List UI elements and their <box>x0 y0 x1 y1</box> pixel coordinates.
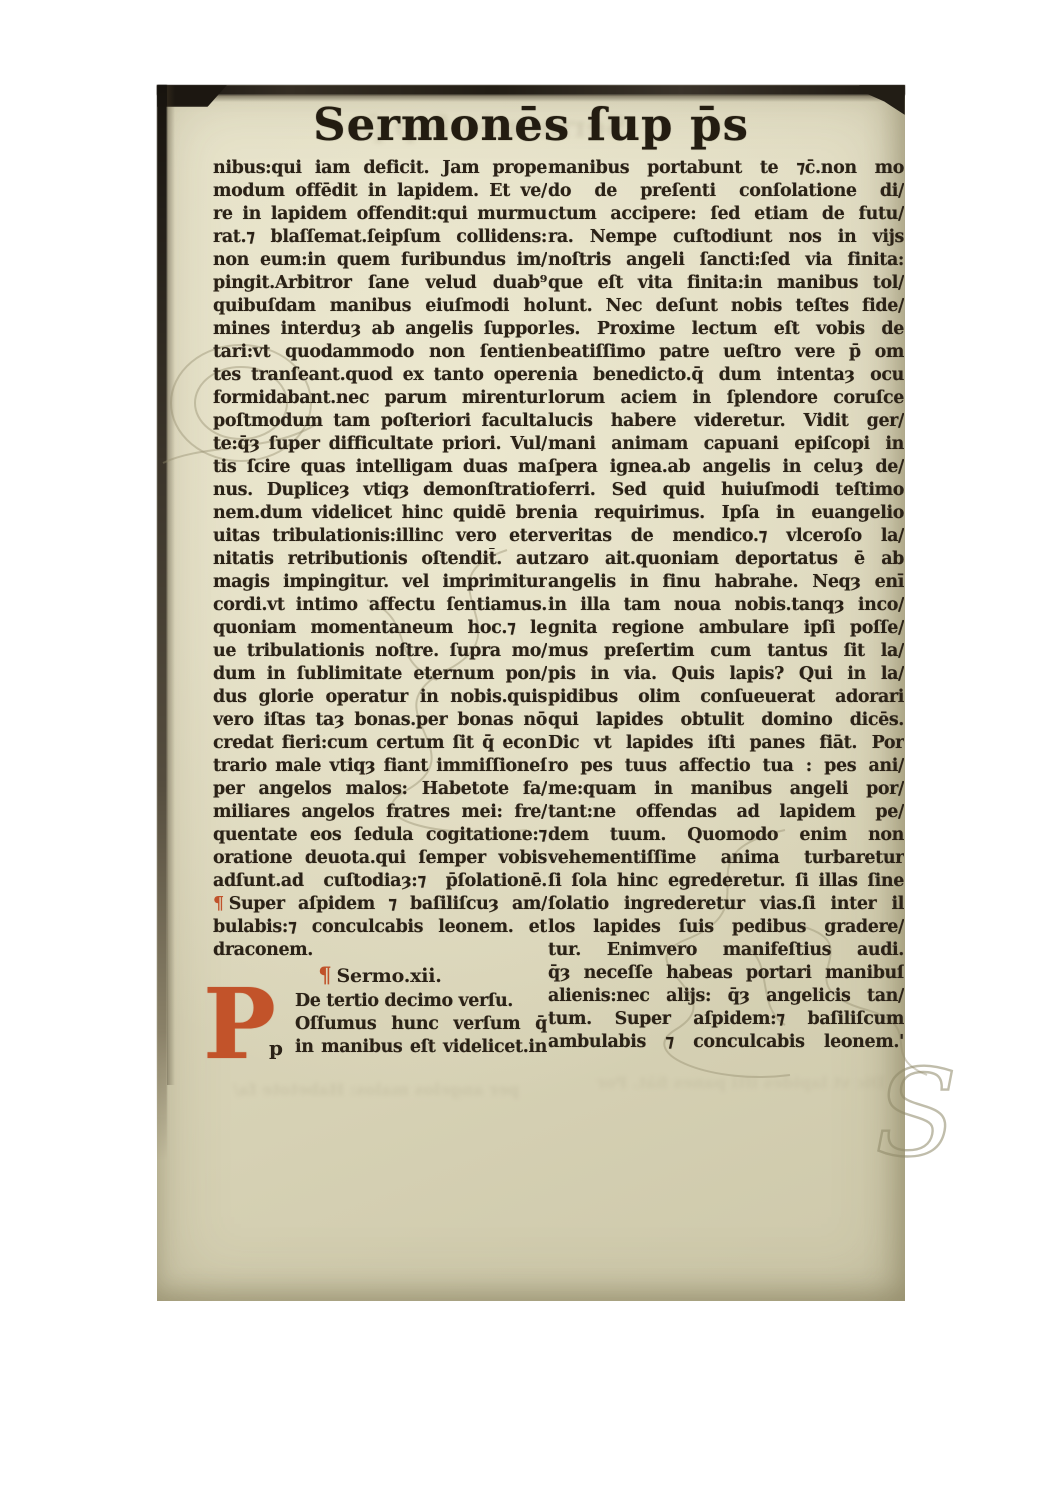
text-line: ctum accipere: ſed etiam de futu/ <box>548 203 904 226</box>
text-line: angelis in finu habrahe. Neqȝ enī <box>548 571 904 594</box>
text-line: tur. Enimvero manifeſtius audi. <box>548 939 904 962</box>
text-line: ferri. Sed quid huiuſmodi teſtimo <box>548 479 904 502</box>
text-line: bulabis:⁊ conculcabis leonem. et <box>213 916 547 939</box>
text-line: beatiſſimo patre ueſtro vere p̄ om <box>548 341 904 364</box>
text-line: les. Proxime lectum eſt vobis de <box>548 318 904 341</box>
text-line: dum in ſublimitate eternum pon/ <box>213 663 547 686</box>
text-line: tes tranſeant.quod ex tanto opere <box>213 364 547 387</box>
watermark-letter: S <box>875 1045 957 1175</box>
text-line: oratione deuota.qui ſemper vobis <box>213 847 547 870</box>
book-page: Sermonēs ſup p̄s per angelos malos: Habe… <box>157 85 905 1301</box>
text-line: nus. Dupliceȝ vtiqȝ demonſtratio <box>213 479 547 502</box>
text-line: nibus:qui iam deficit. Jam prope <box>213 157 547 180</box>
text-line: quoniam momentaneum hoc.⁊ le <box>213 617 547 640</box>
left-text-column: nibus:qui iam deficit. Jam propemodum of… <box>213 157 547 1066</box>
text-line: gnita regione ambulare ipſi poſſe/ <box>548 617 904 640</box>
text-line: Dic vt lapides iſti panes fiāt. Por <box>548 732 904 755</box>
text-line: dus glorie operatur in nobis.quis <box>213 686 547 709</box>
right-column-lines: manibus portabunt te ⁊c̄.non modo de pre… <box>548 157 904 1054</box>
drop-cap-initial: P <box>203 976 276 1073</box>
text-line: per angelos malos: Habetote fa/ <box>213 778 547 801</box>
text-line: ro pes tuus affectio tua : pes ani/ <box>548 755 904 778</box>
text-line: magis impingitur. vel imprimitur <box>213 571 547 594</box>
text-line: nitatis retributionis oſtendit̄. aut <box>213 548 547 571</box>
section-heading-label: Sermo.xii. <box>336 965 441 987</box>
text-line: mus preſertim cum tantus ſit la/ <box>548 640 904 663</box>
text-line: draconem. <box>213 939 547 962</box>
text-line: tis ſcire quas intelligam duas ma <box>213 456 547 479</box>
text-line: Oſſumus hunc verſum q̄ <box>295 1013 547 1036</box>
text-line: uitas tribulationis:illinc vero eter <box>213 525 547 548</box>
text-line: manibus portabunt te ⁊c̄.non mo <box>548 157 904 180</box>
text-line: in manibus eſt videlicet.in <box>295 1036 547 1059</box>
guide-letter: p <box>269 1036 283 1060</box>
text-line: ſolatio ingrederetur vias.ſi inter il <box>548 893 904 916</box>
page-edge-left <box>157 85 167 1160</box>
text-line: me:quam in manibus angeli por/ <box>548 778 904 801</box>
text-line: tari:vt quodammodo non ſentien <box>213 341 547 364</box>
text-line: nem.dum videlicet hinc quidē bre <box>213 502 547 525</box>
text-line: miliares angelos fratres mei: fre/ <box>213 801 547 824</box>
text-line: lorum aciem in ſplendore coruſce <box>548 387 904 410</box>
sermon-opening-lines: Oſſumus hunc verſum q̄in manibus eſt vid… <box>295 1013 547 1059</box>
text-line: zaro ait.quoniam deportatus ē ab <box>548 548 904 571</box>
text-line: ue tribulationis noſtre. ſupra mo/ <box>213 640 547 663</box>
text-line: mani animam capuani epiſcopi in <box>548 433 904 456</box>
text-line: adſunt.ad cuſtodiaȝ:⁊ p̄ſolationē. <box>213 870 547 893</box>
text-line: q̄ȝ neceſſe habeas portari manibuſ <box>548 962 904 985</box>
text-line: rat.⁊ blaſſemat.ſeipſum collidens: <box>213 226 547 249</box>
text-line: re in lapidem offendit:qui murmu <box>213 203 547 226</box>
text-line: veritas de mendico.⁊ vlceroſo la/ <box>548 525 904 548</box>
text-line: ¶Super aſpidem ⁊ baſiliſcuȝ am/ <box>213 893 547 916</box>
text-line: alienis:nec alijs: q̄ȝ angelicis tan/ <box>548 985 904 1008</box>
text-line: ra. Nempe cuſtodiunt nos in vijs <box>548 226 904 249</box>
left-column-lines: nibus:qui iam deficit. Jam propemodum of… <box>213 157 547 962</box>
text-line: pis in via. Quis lapis? Qui in la/ <box>548 663 904 686</box>
page-edge-left-shadow <box>167 85 175 1085</box>
text-line: los lapides ſuis pedibus gradere/ <box>548 916 904 939</box>
pilcrow-icon: ¶ <box>213 894 224 914</box>
text-line: nia benedicto.q̄ dum intentaȝ ocu <box>548 364 904 387</box>
text-line: modum offēdit in lapidem. Et ve/ <box>213 180 547 203</box>
page-edge-top <box>157 85 905 95</box>
text-line: lunt. Nec deſunt nobis teſtes fide/ <box>548 295 904 318</box>
text-line: que eſt vita finita:in manibus tol/ <box>548 272 904 295</box>
scan-canvas: Sermonēs ſup p̄s per angelos malos: Habe… <box>0 0 1060 1500</box>
page-title: Sermonēs ſup p̄s <box>313 98 749 151</box>
text-line: vero iſtas taȝ bonas.per bonas nō <box>213 709 547 732</box>
text-line: ambulabis ⁊ conculcabis leonem.' <box>548 1031 904 1054</box>
text-line: lucis habere videretur. Vidit ger/ <box>548 410 904 433</box>
text-line: noſtris angeli ſancti:ſed via finita: <box>548 249 904 272</box>
showthrough-left: per angelos malos: Habetote fa/ <box>219 1080 519 1099</box>
text-line: pidibus olim conſueuerat adorari <box>548 686 904 709</box>
text-line: cordi.vt intimo affectu ſentiamus. <box>213 594 547 617</box>
text-line: tum. Super aſpidem:⁊ baſiliſcum <box>548 1008 904 1031</box>
text-line: quibuſdam manibus eiuſmodi ho <box>213 295 547 318</box>
text-line: do de preſenti conſolatione di/ <box>548 180 904 203</box>
sermon-opening: P p De tertio decimo verſu. Oſſumus hunc… <box>213 990 547 1066</box>
right-text-column: manibus portabunt te ⁊c̄.non modo de pre… <box>548 157 904 1054</box>
running-title: Sermonēs ſup p̄s <box>157 98 905 151</box>
showthrough-right: Dic vt lapides iſti panes fiāt. Por <box>555 1073 885 1092</box>
text-line: tant:ne offendas ad lapidem pe/ <box>548 801 904 824</box>
text-line: poſtmodum tam poſteriori faculta <box>213 410 547 433</box>
text-line: ſi ſola hinc egrederetur. ſi illas ſine <box>548 870 904 893</box>
text-line: dem tuum. Quomodo enim non <box>548 824 904 847</box>
text-line: ſpera ignea.ab angelis in celuȝ de/ <box>548 456 904 479</box>
pilcrow-icon: ¶ <box>318 962 331 987</box>
sermon-opening-text: De tertio decimo verſu. Oſſumus hunc ver… <box>295 990 547 1059</box>
sermon-subheading: De tertio decimo verſu. <box>295 990 547 1013</box>
text-line: formidabant.nec parum mirentur <box>213 387 547 410</box>
text-line: quentate eos ſedula cogitatione:⁊ <box>213 824 547 847</box>
text-line: in illa tam noua nobis.tanqȝ inco/ <box>548 594 904 617</box>
text-line: te:q̄ȝ ſuper difficultate priori. Vul/ <box>213 433 547 456</box>
text-line: vehementiſſime anima turbaretur <box>548 847 904 870</box>
text-line: nia requirimus. Ipſa in euangelio <box>548 502 904 525</box>
text-line: mines interduȝ ab angelis ſuppor <box>213 318 547 341</box>
text-line: non eum:in quem furibundus im/ <box>213 249 547 272</box>
text-line: trario male vtiqȝ fiant immiſſioneſ <box>213 755 547 778</box>
text-line: pingit.Arbitror ſane velud duab⁹ <box>213 272 547 295</box>
text-line: credat fieri:cum certum ſit q̄ econ <box>213 732 547 755</box>
text-line: qui lapides obtulit domino dicēs. <box>548 709 904 732</box>
